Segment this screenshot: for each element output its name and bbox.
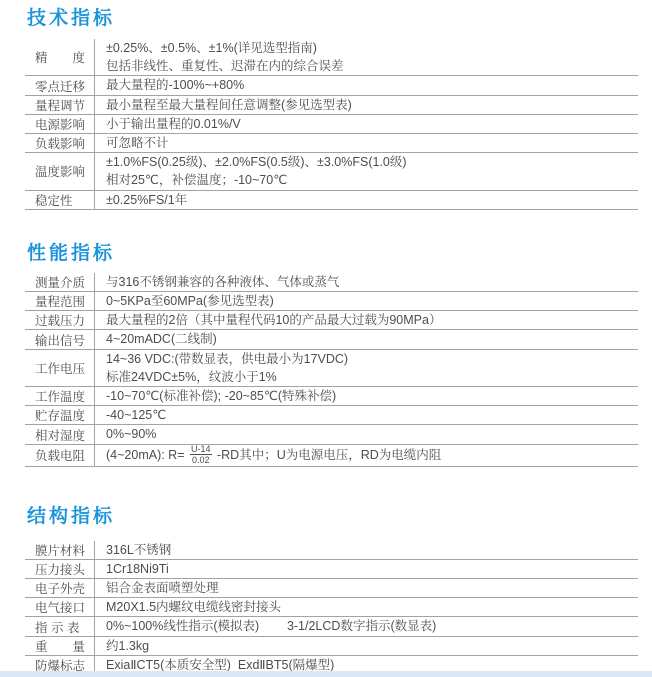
spec-value-line: 与316不锈钢兼容的各种液体、气体或蒸气 [106, 273, 638, 291]
spec-value-line: 0%~90% [106, 425, 638, 443]
spec-label: 相对湿度 [25, 425, 95, 443]
spec-row: 温度影响±1.0%FS(0.25级)、±2.0%FS(0.5级)、±3.0%FS… [25, 153, 638, 190]
spec-value-line: ±1.0%FS(0.25级)、±2.0%FS(0.5级)、±3.0%FS(1.0… [106, 153, 638, 171]
spec-value: 0%~90% [95, 425, 638, 443]
spec-label: 压力接头 [25, 560, 95, 578]
bottom-strip [0, 671, 652, 677]
spec-value-line: (4~20mA): R= U-140.02 -RD其中；U为电源电压，RD为电缆… [106, 445, 638, 466]
formula-prefix: (4~20mA): R= [106, 447, 188, 461]
spec-value: 1Cr18Ni9Ti [95, 560, 638, 578]
spec-value: 最大量程的2倍（其中量程代码10的产品最大过载为90MPa） [95, 311, 638, 329]
spec-label: 电源影响 [25, 115, 95, 133]
spec-value-line: M20X1.5内螺纹电缆线密封接头 [106, 598, 638, 616]
performance-specs-table: 测量介质与316不锈钢兼容的各种液体、气体或蒸气量程范围0~5KPa至60MPa… [25, 273, 638, 467]
spec-value: 可忽略不计 [95, 134, 638, 152]
spec-row: 贮存温度-40~125℃ [25, 406, 638, 425]
spec-value-line: 最大量程的2倍（其中量程代码10的产品最大过载为90MPa） [106, 311, 638, 329]
spec-row: 零点迁移最大量程的-100%~+80% [25, 76, 638, 95]
spec-value: M20X1.5内螺纹电缆线密封接头 [95, 598, 638, 616]
spec-label: 指 示 表 [25, 617, 95, 635]
spec-label: 电气接口 [25, 598, 95, 616]
spec-value-line: ±0.25%、±0.5%、±1%(详见选型指南) [106, 39, 638, 57]
spec-label: 零点迁移 [25, 76, 95, 94]
spec-value-line: 0%~100%线性指示(模拟表) 3-1/2LCD数字指示(数显表) [106, 617, 638, 635]
spec-value-line: 包括非线性、重复性、迟滞在内的综合误差 [106, 57, 638, 75]
spec-row: 压力接头1Cr18Ni9Ti [25, 560, 638, 579]
formula-suffix: -RD其中；U为电源电压，RD为电缆内阻 [214, 447, 442, 461]
spec-row: 量程调节最小量程至最大量程间任意调整(参见选型表) [25, 96, 638, 115]
spec-value-line: -40~125℃ [106, 406, 638, 424]
spec-value-line: -10~70℃(标准补偿); -20~85℃(特殊补偿) [106, 387, 638, 405]
spec-value-line: 可忽略不计 [106, 134, 638, 152]
spec-label: 工作电压 [25, 350, 95, 386]
spec-row: 电气接口M20X1.5内螺纹电缆线密封接头 [25, 598, 638, 617]
spec-label: 量程范围 [25, 292, 95, 310]
spec-label: 重 量 [25, 637, 95, 655]
spec-value: ±0.25%、±0.5%、±1%(详见选型指南)包括非线性、重复性、迟滞在内的综… [95, 39, 638, 75]
spec-value: 最小量程至最大量程间任意调整(参见选型表) [95, 96, 638, 114]
formula-fraction: U-140.02 [190, 444, 212, 465]
spec-value: 约1.3kg [95, 637, 638, 655]
section-title-structure-specs: 结构指标 [27, 506, 652, 528]
section-title-technical-specs: 技术指标 [27, 8, 652, 30]
spec-value: ±1.0%FS(0.25级)、±2.0%FS(0.5级)、±3.0%FS(1.0… [95, 153, 638, 189]
spec-value-line: ±0.25%FS/1年 [106, 191, 638, 209]
spec-label: 负载影响 [25, 134, 95, 152]
spec-row: 负载电阻(4~20mA): R= U-140.02 -RD其中；U为电源电压，R… [25, 445, 638, 467]
spec-row: 指 示 表0%~100%线性指示(模拟表) 3-1/2LCD数字指示(数显表) [25, 617, 638, 636]
spec-value-line: 1Cr18Ni9Ti [106, 560, 638, 578]
spec-label: 贮存温度 [25, 406, 95, 424]
spec-value: 0~5KPa至60MPa(参见选型表) [95, 292, 638, 310]
spec-value-line: 铝合金表面喷塑处理 [106, 579, 638, 597]
spec-row: 负载影响可忽略不计 [25, 134, 638, 153]
spec-row: 精 度±0.25%、±0.5%、±1%(详见选型指南)包括非线性、重复性、迟滞在… [25, 39, 638, 76]
spec-value: ±0.25%FS/1年 [95, 191, 638, 209]
section-title-performance-specs: 性能指标 [27, 243, 652, 265]
spec-label: 电子外壳 [25, 579, 95, 597]
spec-value: -40~125℃ [95, 406, 638, 424]
spec-value: 小于输出量程的0.01%/V [95, 115, 638, 133]
spec-row: 电源影响小于输出量程的0.01%/V [25, 115, 638, 134]
spec-value-line: 最小量程至最大量程间任意调整(参见选型表) [106, 96, 638, 114]
fraction-numerator: U-14 [190, 444, 212, 455]
spec-value: 铝合金表面喷塑处理 [95, 579, 638, 597]
spec-value-line: 小于输出量程的0.01%/V [106, 115, 638, 133]
spec-row: 稳定性±0.25%FS/1年 [25, 191, 638, 210]
spec-row: 相对湿度0%~90% [25, 425, 638, 444]
spec-value-line: 相对25℃，补偿温度；-10~70℃ [106, 171, 638, 189]
spec-label: 膜片材料 [25, 541, 95, 559]
spec-value-line: 14~36 VDC:(带数显表，供电最小为17VDC) [106, 350, 638, 368]
spec-label: 输出信号 [25, 330, 95, 348]
spec-value: 4~20mADC(二线制) [95, 330, 638, 348]
spec-value-line: 0~5KPa至60MPa(参见选型表) [106, 292, 638, 310]
spec-row: 工作电压14~36 VDC:(带数显表，供电最小为17VDC)标准24VDC±5… [25, 350, 638, 387]
structure-specs-table: 膜片材料316L不锈钢压力接头1Cr18Ni9Ti电子外壳铝合金表面喷塑处理电气… [25, 541, 638, 675]
spec-row: 工作温度-10~70℃(标准补偿); -20~85℃(特殊补偿) [25, 387, 638, 406]
spec-value: 最大量程的-100%~+80% [95, 76, 638, 94]
spec-value-line: 最大量程的-100%~+80% [106, 76, 638, 94]
spec-label: 量程调节 [25, 96, 95, 114]
datasheet-page: 技术指标 精 度±0.25%、±0.5%、±1%(详见选型指南)包括非线性、重复… [0, 0, 652, 677]
spec-value: 14~36 VDC:(带数显表，供电最小为17VDC)标准24VDC±5%，纹波… [95, 350, 638, 386]
spec-value: 316L不锈钢 [95, 541, 638, 559]
spec-row: 输出信号4~20mADC(二线制) [25, 330, 638, 349]
spec-row: 膜片材料316L不锈钢 [25, 541, 638, 560]
spec-row: 量程范围0~5KPa至60MPa(参见选型表) [25, 292, 638, 311]
spec-value-line: 标准24VDC±5%，纹波小于1% [106, 368, 638, 386]
spec-row: 测量介质与316不锈钢兼容的各种液体、气体或蒸气 [25, 273, 638, 292]
spec-value-line: 316L不锈钢 [106, 541, 638, 559]
spec-value-line: 4~20mADC(二线制) [106, 330, 638, 348]
fraction-denominator: 0.02 [190, 455, 212, 465]
spec-label: 精 度 [25, 39, 95, 75]
spec-row: 重 量约1.3kg [25, 637, 638, 656]
spec-row: 电子外壳铝合金表面喷塑处理 [25, 579, 638, 598]
spec-label: 负载电阻 [25, 445, 95, 466]
spec-label: 工作温度 [25, 387, 95, 405]
technical-specs-table: 精 度±0.25%、±0.5%、±1%(详见选型指南)包括非线性、重复性、迟滞在… [25, 39, 638, 210]
spec-label: 过载压力 [25, 311, 95, 329]
spec-value: 与316不锈钢兼容的各种液体、气体或蒸气 [95, 273, 638, 291]
spec-label: 温度影响 [25, 153, 95, 189]
spec-value: -10~70℃(标准补偿); -20~85℃(特殊补偿) [95, 387, 638, 405]
spec-value-line: 约1.3kg [106, 637, 638, 655]
spec-value: (4~20mA): R= U-140.02 -RD其中；U为电源电压，RD为电缆… [95, 445, 638, 466]
spec-label: 测量介质 [25, 273, 95, 291]
spec-value: 0%~100%线性指示(模拟表) 3-1/2LCD数字指示(数显表) [95, 617, 638, 635]
spec-row: 过载压力最大量程的2倍（其中量程代码10的产品最大过载为90MPa） [25, 311, 638, 330]
spec-label: 稳定性 [25, 191, 95, 209]
